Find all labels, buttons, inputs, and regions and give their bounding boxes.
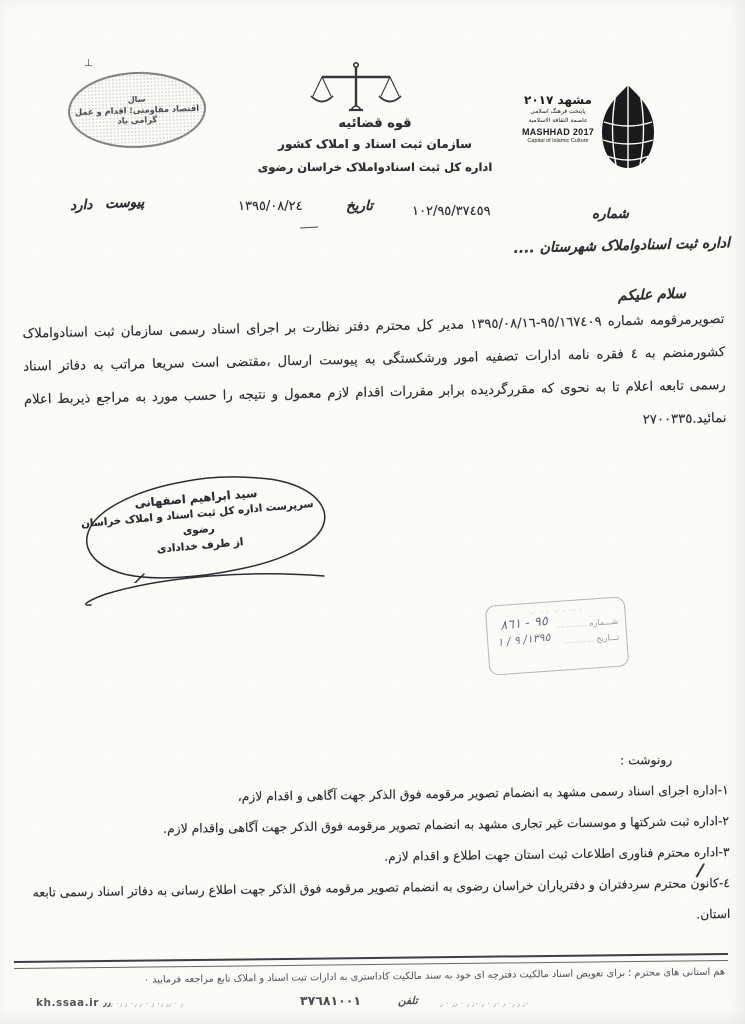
body-paragraph: تصویرمرقومه شماره ٩٥/١٦٧٤٠٩-١٣٩٥/٠٨/١٦ م…: [22, 303, 727, 450]
mashhad-fa-subtitle: پایتخت فرهنگ اسلامی: [520, 108, 596, 115]
scanned-letter-page: ⊥ سال اقتصاد مقاومتی؛ اقدام و عمل گرامی …: [0, 0, 745, 1024]
signature-block: سید ابراهیم اصفهانی سرپرست اداره کل ثبت …: [48, 468, 348, 628]
received-stamp-date-label: تـــاریخ: [596, 633, 620, 644]
slogan-line-3: گرامی باد: [117, 114, 157, 126]
provincial-office-name: اداره کل ثبت اسنادواملاک خراسان رضوی: [252, 160, 498, 174]
footer-divider: [14, 953, 728, 969]
footer-illegible-right: ٫٠ ٫ ٠٫ ٫ ٫٠ ٠ ٫ ٫٠ ٫ ٠ ٫٫ ٠ ٫: [440, 999, 723, 1008]
registration-organization-name: سازمان ثبت اسناد و املاک کشور: [275, 137, 475, 151]
received-stamp-number-label: شـــماره: [589, 617, 618, 628]
cc-section: رونوشت : ١-اداره اجرای اسناد رسمی مشهد ب…: [20, 744, 731, 940]
letter-number-value: ١٠٢/٩٥/٣٧٤٥٩: [412, 204, 491, 219]
greeting: سلام علیکم: [618, 286, 686, 304]
received-stamp: ٠٫ ٠٠٫ ٫ ٠٫٠ ٫٠ ٠٫ ٠٫٠ شـــماره ........…: [485, 596, 630, 676]
footer-notice: هم استانی های محترم ؛ برای تعویض اسناد م…: [100, 967, 725, 987]
footer-phone-value: ٣٧٦٨١٠٠١: [300, 993, 361, 1008]
signature-swoosh-icon: [66, 568, 336, 613]
recipient-line: اداره ثبت اسنادواملاک شهرستان ....: [438, 235, 730, 259]
mashhad-dome-icon: [596, 82, 660, 174]
attachment-note: پیوست دارد: [70, 194, 145, 214]
mashhad-ar-subtitle: عاصمة الثقافة الاسلامية: [520, 117, 596, 124]
footer-website: kh.ssaa.ir ٫٫: [36, 997, 111, 1009]
letter-number-label: شماره: [592, 206, 629, 222]
received-stamp-header-illegible: ٠٫ ٠٠٫ ٫ ٠٫٠ ٫٠ ٠٫ ٠٫٠: [493, 603, 617, 619]
corner-registration-mark: ⊥: [84, 58, 93, 69]
cc-item-4: ٤-کانون محترم سردفتران و دفتریاران خراسا…: [22, 868, 731, 940]
mashhad-2017-logo: مشهد ٢٠١٧ پایتخت فرهنگ اسلامی عاصمة الثق…: [520, 82, 662, 174]
mashhad-fa-title: مشهد ٢٠١٧: [520, 93, 596, 107]
footer-phone-label: تلفن: [398, 995, 418, 1007]
date-underline-mark: [300, 227, 318, 229]
mashhad-en-subtitle: Capital of Islamic Culture: [520, 138, 596, 145]
letter-date-value: ١٣٩٥/٠٨/٢٤: [238, 199, 303, 214]
mashhad-en-title: MASHHAD 2017: [520, 127, 596, 138]
year-slogan-stamp: سال اقتصاد مقاومتی؛ اقدام و عمل گرامی با…: [67, 70, 208, 151]
footer-illegible-left: ٫ ٠ ٫٫ ٠٫ ٫ ٠ ٫ ٠٫ ٫ ٠٫ ٫: [110, 999, 295, 1008]
slogan-line-1: سال: [128, 94, 146, 105]
judiciary-title: قوه قضائیه: [300, 116, 450, 131]
scales-of-justice-icon: [308, 60, 404, 122]
letter-date-label: تاریخ: [346, 198, 373, 214]
